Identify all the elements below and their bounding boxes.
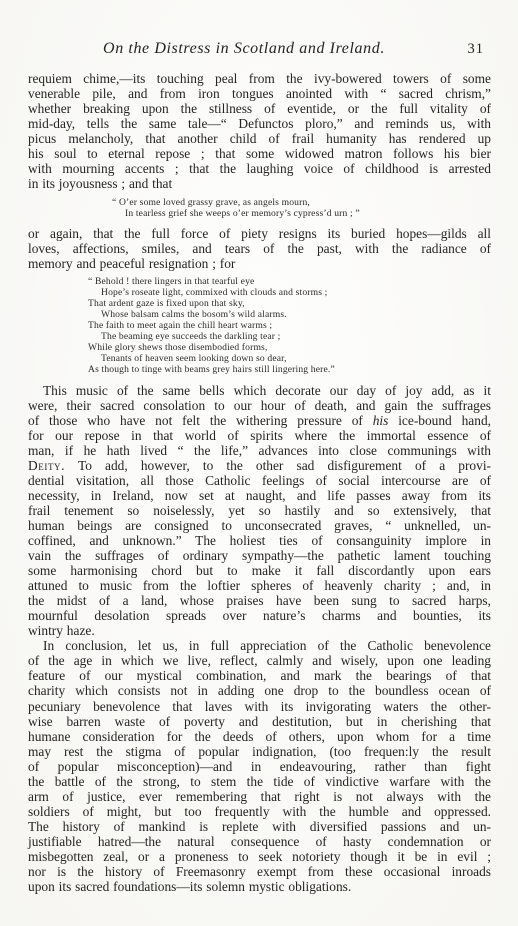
text-line: man, if he hath lived “ the life,” advan…: [28, 443, 491, 458]
text-line: requiem chime,—its touching peal from th…: [28, 71, 491, 86]
verse-line: In tearless grief she weeps o’er memory’…: [112, 208, 491, 219]
text-line: arm of justice, ever remembering that ri…: [28, 789, 491, 804]
verse-line: Whose balsam calms the bosom’s wild alar…: [88, 309, 491, 320]
text-line: some harmonising chord but to make it fa…: [28, 563, 491, 578]
text-line: of those who have not felt the withering…: [28, 413, 491, 428]
text-line: wise barren waste of poverty and destitu…: [28, 714, 491, 729]
text-line: In conclusion, let us, in full appreciat…: [28, 638, 491, 653]
text-line: mid-day, tells the same tale—“ Defunctos…: [28, 116, 491, 131]
text-line: venerable pile, and from iron tongues an…: [28, 86, 491, 101]
verse-line: Tenants of heaven seem looking down so d…: [88, 353, 491, 364]
text-line: upon its sacred foundations—its solemn m…: [28, 879, 491, 894]
verse-line: “ O’er some loved grassy grave, as angel…: [112, 197, 491, 208]
verse-line: “ Behold ! there lingers in that tearful…: [88, 276, 491, 287]
text-line: his soul to eternal repose ; that some w…: [28, 146, 491, 161]
text-line: loves, affections, smiles, and tears of …: [28, 241, 491, 256]
text-line: Deity. To add, however, to the other sad…: [28, 458, 491, 473]
running-title: On the Distress in Scotland and Ireland.: [30, 40, 488, 58]
paragraph: or again, that the full force of piety r…: [28, 226, 491, 271]
paragraph: requiem chime,—its touching peal from th…: [28, 71, 491, 191]
verse-line: The beaming eye succeeds the darkling te…: [88, 331, 491, 342]
text-line: humane consideration for the deeds of ot…: [28, 729, 491, 744]
text-line: vain the suffrages of ordinary sympathy—…: [28, 548, 491, 563]
page-body: requiem chime,—its touching peal from th…: [28, 71, 491, 894]
verse-line: As though to tinge with beams grey hairs…: [88, 364, 491, 375]
text-line: misbegotten zeal, or a proneness to seek…: [28, 849, 491, 864]
text-line: This music of the same bells which decor…: [28, 383, 491, 398]
text-line: nor is the history of Freemasonry exempt…: [28, 864, 491, 879]
text-line: the midst of a land, whose praises have …: [28, 593, 491, 608]
text-line: whether breaking upon the stillness of e…: [28, 101, 491, 116]
verse-quotation: “ Behold ! there lingers in that tearful…: [88, 276, 491, 376]
text-line: frail tenement so noiselessly, yet so ha…: [28, 503, 491, 518]
text-line: memory and peaceful resignation ; for: [28, 256, 491, 271]
page-number: 31: [468, 41, 485, 58]
text-line: with mourning accents ; that the laughin…: [28, 161, 491, 176]
text-line: charity which consists not in adding one…: [28, 683, 491, 698]
text-line: dential visitation, all those Catholic f…: [28, 473, 491, 488]
paragraph: In conclusion, let us, in full appreciat…: [28, 638, 491, 894]
text-line: mournful desolation spreads over nature’…: [28, 608, 491, 623]
scanned-page: On the Distress in Scotland and Ireland.…: [0, 0, 518, 926]
text-line: or again, that the full force of piety r…: [28, 226, 491, 241]
verse-line: Hope’s roseate light, commixed with clou…: [88, 287, 491, 298]
text-line: justifiable hatred—the natural consequen…: [28, 834, 491, 849]
text-line: necessity, in Ireland, now set at naught…: [28, 488, 491, 503]
text-line: for our repose in that world of spirits …: [28, 428, 491, 443]
text-line: The history of mankind is replete with d…: [28, 819, 491, 834]
verse-line: That ardent gaze is fixed upon that sky,: [88, 298, 491, 309]
text-line: coffined, and unknown.” The holiest ties…: [28, 533, 491, 548]
text-line: attuned to music from the loftier sphere…: [28, 578, 491, 593]
paragraph: This music of the same bells which decor…: [28, 383, 491, 639]
text-line: of the age in which we live, reflect, ca…: [28, 653, 491, 668]
text-line: the battle of the strong, to stem the ti…: [28, 774, 491, 789]
text-line: of popular misconception)—and in endeavo…: [28, 759, 491, 774]
text-line: may rest the stigma of popular indignati…: [28, 744, 491, 759]
text-line: human beings are consigned to unconsecra…: [28, 518, 491, 533]
text-line: wintry haze.: [28, 623, 491, 638]
text-line: feature of our mystical combination, and…: [28, 668, 491, 683]
text-line: picus melancholy, that another child of …: [28, 131, 491, 146]
verse-line: The faith to meet again the chill heart …: [88, 320, 491, 331]
verse-line: While glory shews those disembodied form…: [88, 342, 491, 353]
text-line: soldiers of might, but too frequently wi…: [28, 804, 491, 819]
verse-quotation: “ O’er some loved grassy grave, as angel…: [112, 197, 491, 219]
page-header: On the Distress in Scotland and Ireland.…: [30, 40, 488, 60]
text-line: were, their sacred consolation to our ho…: [28, 398, 491, 413]
text-line: in its joyousness ; and that: [28, 176, 491, 191]
text-line: pecuniary benevolence that laves with it…: [28, 699, 491, 714]
